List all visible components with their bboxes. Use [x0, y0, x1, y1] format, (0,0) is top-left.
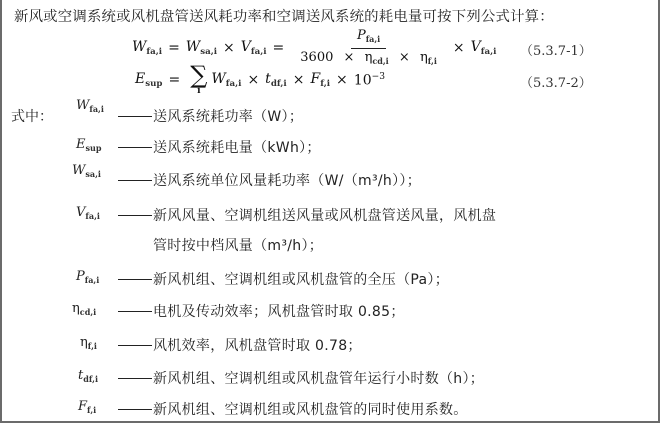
- em-dash-line: [118, 116, 152, 117]
- definition-vfa: Vfa,i 新风风量、空调机组送风量或风机盘管送风量，风机盘: [0, 204, 656, 226]
- em-dash-line: [118, 279, 152, 280]
- eq1-term-wsa: Wsa,i: [186, 39, 217, 57]
- definition-symbol: ηcd,i: [72, 301, 96, 317]
- eq2-power: 10−3: [354, 72, 385, 88]
- definition-symbol: Wsa,i: [72, 163, 101, 179]
- definition-symbol: ηf,i: [80, 335, 97, 351]
- em-dash-line: [118, 215, 152, 216]
- equation-5-3-7-1: Wfa,i = Wsa,i × Vfa,i = Pfa,i 3600 × ηcd…: [132, 30, 496, 66]
- eq2-term-wfa: Wfa,i: [211, 71, 241, 89]
- equation-number-2: （5.3.7-2）: [520, 72, 592, 91]
- definition-symbol: Wfa,i: [76, 98, 104, 114]
- em-dash-line: [118, 409, 152, 410]
- definition-eta-cd: ηcd,i 电机及传动效率；风机盘管时取 0.85；: [0, 300, 656, 322]
- definition-tdf: tdf,i 新风机组、空调机组或风机盘管年运行小时数（h）；: [0, 367, 656, 389]
- definition-symbol: Vfa,i: [76, 205, 100, 221]
- definition-symbol: Ff,i: [78, 399, 96, 415]
- definition-pfa: Pfa,i 新风机组、空调机组或风机盘管的全压（Pa）；: [0, 268, 656, 290]
- definition-wfa: Wfa,i 送风系统耗功率（W）；: [0, 104, 656, 126]
- definition-esup: Esup 送风系统耗电量（kWh）；: [0, 136, 656, 158]
- definition-symbol: Esup: [76, 137, 102, 153]
- eq1-term-vfa-2: Vfa,i: [471, 39, 497, 57]
- eq1-term-vfa: Vfa,i: [241, 39, 267, 57]
- eq2-lhs: Esup: [135, 71, 163, 89]
- em-dash-line: [118, 147, 152, 148]
- equation-5-3-7-2: Esup = ∑ i Wfa,i × tdf,i × Ff,i × 10−3: [135, 62, 385, 98]
- definition-eta-f: ηf,i 风机效率，风机盘管时取 0.78；: [0, 334, 656, 356]
- definition-symbol: tdf,i: [78, 368, 98, 384]
- eq1-lhs: Wfa,i: [132, 39, 162, 57]
- definition-ff: Ff,i 新风机组、空调机组或风机盘管的同时使用系数。: [0, 398, 656, 420]
- eq2-term-ff: Ff,i: [310, 71, 330, 89]
- equation-number-1: （5.3.7-1）: [520, 40, 592, 59]
- em-dash-line: [118, 311, 152, 312]
- definition-symbol: Pfa,i: [76, 269, 99, 285]
- em-dash-line: [118, 378, 152, 379]
- definition-vfa-continuation: 管时按中档风量（m³/h）；: [153, 235, 323, 255]
- summation-symbol: ∑ i: [190, 64, 207, 96]
- definition-wsa: Wsa,i 送风系统单位风量耗功率（W/（m³/h））；: [0, 168, 656, 190]
- em-dash-line: [118, 180, 152, 181]
- em-dash-line: [118, 345, 152, 346]
- fraction-numerator: Pfa,i: [351, 28, 386, 49]
- intro-paragraph: 新风或空调系统或风机盘管送风耗功率和空调送风系统的耗电量可按下列公式计算：: [14, 5, 554, 26]
- eq2-term-tdf: tdf,i: [265, 71, 287, 89]
